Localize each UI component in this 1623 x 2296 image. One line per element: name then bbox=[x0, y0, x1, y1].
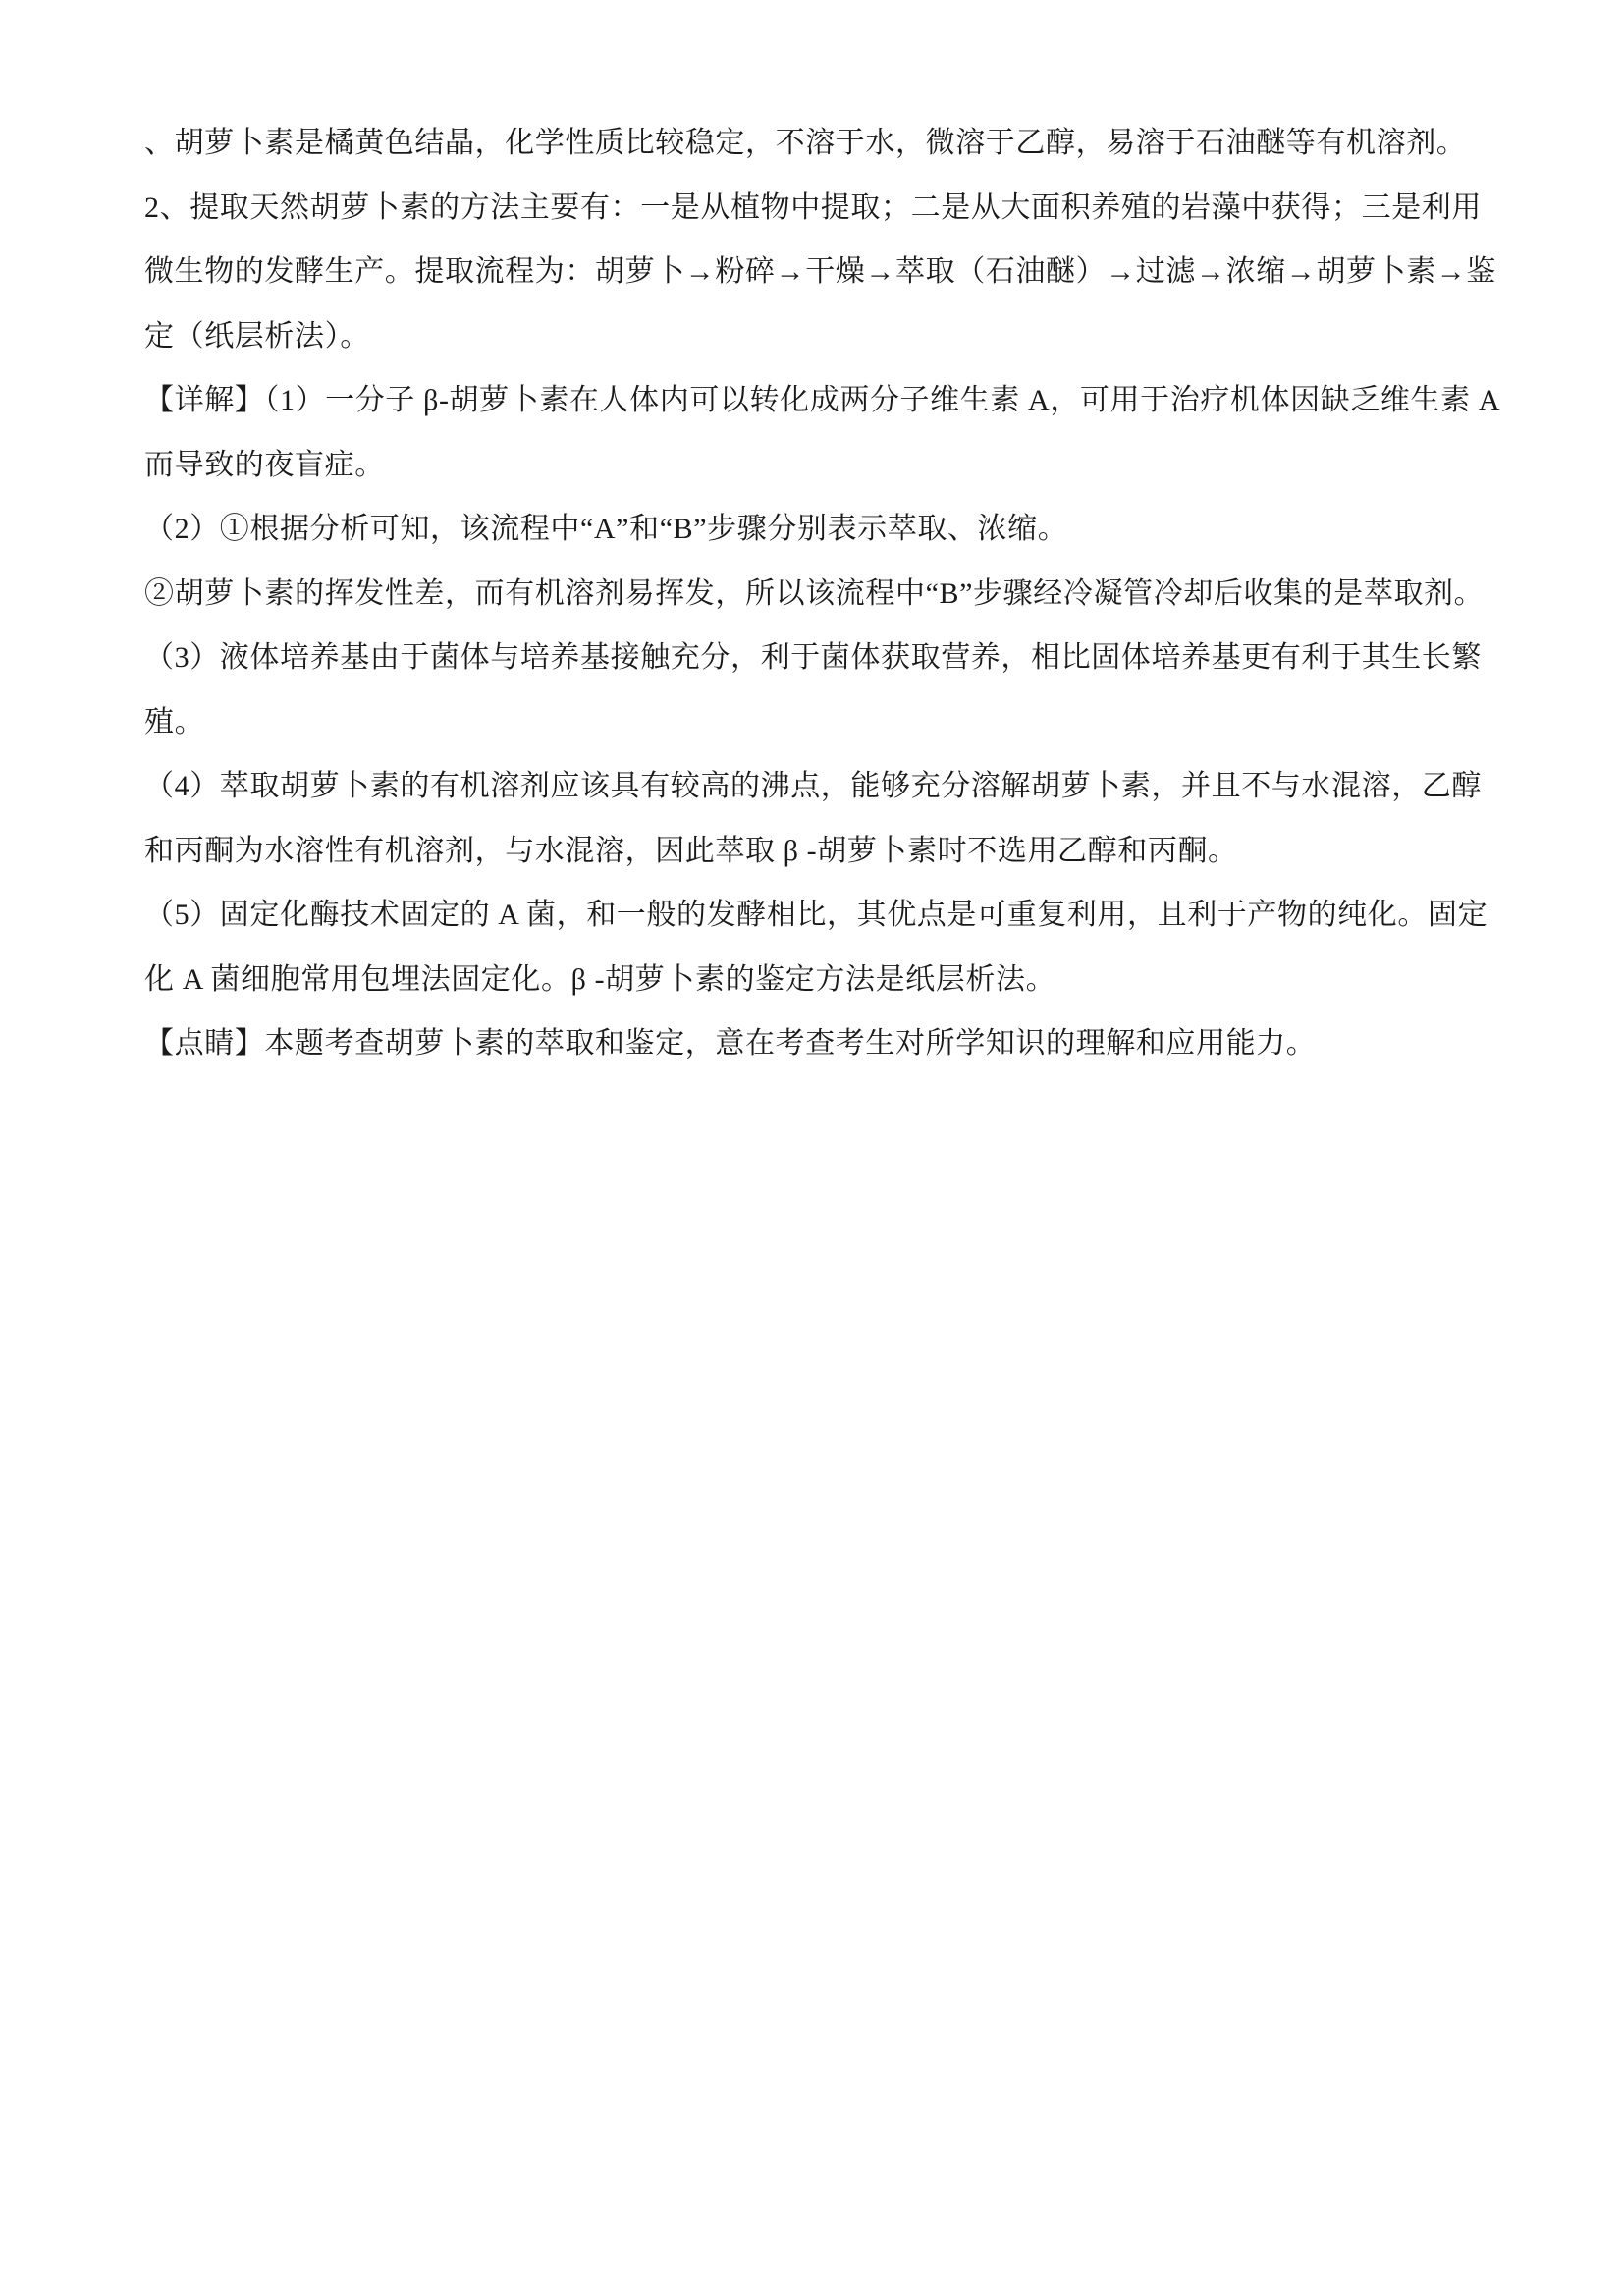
detail-item-2-sub1: （2）①根据分析可知，该流程中“A”和“B”步骤分别表示萃取、浓缩。 bbox=[144, 497, 1499, 562]
page: 、胡萝卜素是橘黄色结晶，化学性质比较稳定，不溶于水，微溶于乙醇，易溶于石油醚等有… bbox=[0, 0, 1623, 2296]
key-point-summary: 【点睛】本题考查胡萝卜素的萃取和鉴定，意在考查考生对所学知识的理解和应用能力。 bbox=[144, 1011, 1499, 1076]
statement-carotene-properties: 、胡萝卜素是橘黄色结晶，化学性质比较稳定，不溶于水，微溶于乙醇，易溶于石油醚等有… bbox=[144, 111, 1499, 176]
detail-item-5: （5）固定化酶技术固定的 A 菌，和一般的发酵相比，其优点是可重复利用，且利于产… bbox=[144, 883, 1499, 1011]
answer-text-block: 、胡萝卜素是橘黄色结晶，化学性质比较稳定，不溶于水，微溶于乙醇，易溶于石油醚等有… bbox=[144, 111, 1499, 1076]
statement-extraction-methods-flow: 2、提取天然胡萝卜素的方法主要有：一是从植物中提取；二是从大面积养殖的岩藻中获得… bbox=[144, 176, 1499, 369]
document-page: { "document": { "colors": { "background"… bbox=[0, 0, 1623, 2296]
detail-section-item-1: 【详解】（1）一分子 β-胡萝卜素在人体内可以转化成两分子维生素 A，可用于治疗… bbox=[144, 368, 1499, 497]
detail-item-4: （4）萃取胡萝卜素的有机溶剂应该具有较高的沸点，能够充分溶解胡萝卜素，并且不与水… bbox=[144, 754, 1499, 883]
detail-item-2-sub2: ②胡萝卜素的挥发性差，而有机溶剂易挥发，所以该流程中“B”步骤经冷凝管冷却后收集… bbox=[144, 562, 1499, 627]
detail-item-3: （3）液体培养基由于菌体与培养基接触充分，利于菌体获取营养，相比固体培养基更有利… bbox=[144, 626, 1499, 754]
